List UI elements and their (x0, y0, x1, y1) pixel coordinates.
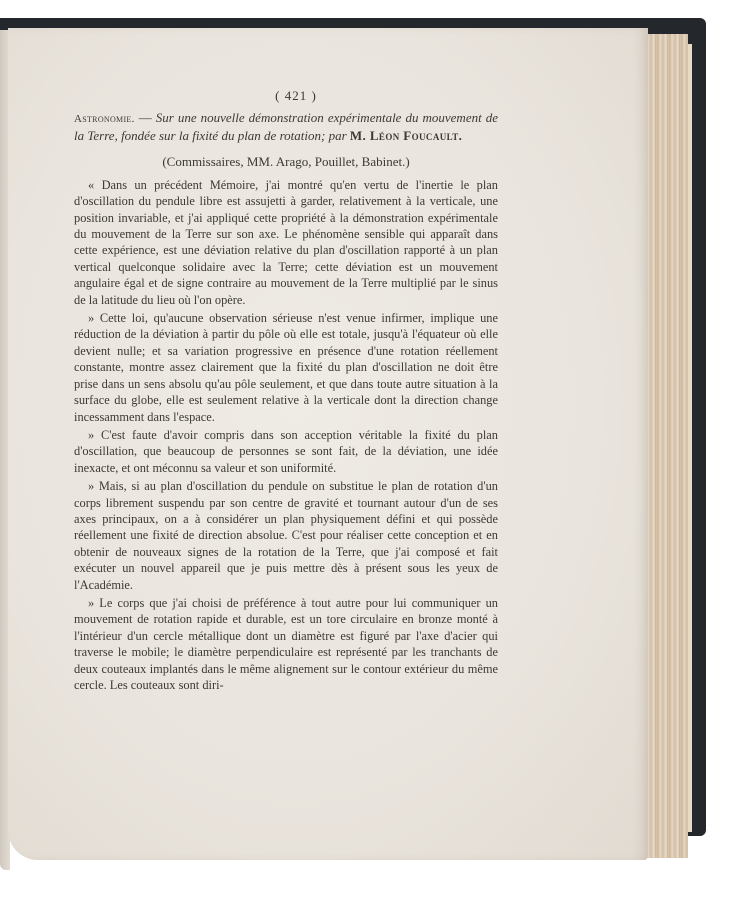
paragraph: » C'est faute d'avoir compris dans son a… (74, 427, 498, 476)
book-photograph: ( 421 ) Astronomie. — Sur une nouvelle d… (0, 0, 734, 900)
article-author: M. Léon Foucault. (350, 128, 462, 143)
paragraph: » Mais, si au plan d'oscillation du pend… (74, 478, 498, 593)
paragraph: » Cette loi, qu'aucune observation série… (74, 310, 498, 425)
paragraph: « Dans un précédent Mémoire, j'ai montré… (74, 177, 498, 308)
section-rubric: Astronomie. (74, 113, 135, 125)
heading-dash: — (135, 110, 156, 125)
page-text: ( 421 ) Astronomie. — Sur une nouvelle d… (74, 88, 498, 695)
commission-line: (Commissaires, MM. Arago, Pouillet, Babi… (74, 154, 498, 170)
page-number: ( 421 ) (74, 88, 498, 104)
article-heading: Astronomie. — Sur une nouvelle démonstra… (74, 110, 498, 144)
paragraph: » Le corps que j'ai choisi de préférence… (74, 595, 498, 693)
